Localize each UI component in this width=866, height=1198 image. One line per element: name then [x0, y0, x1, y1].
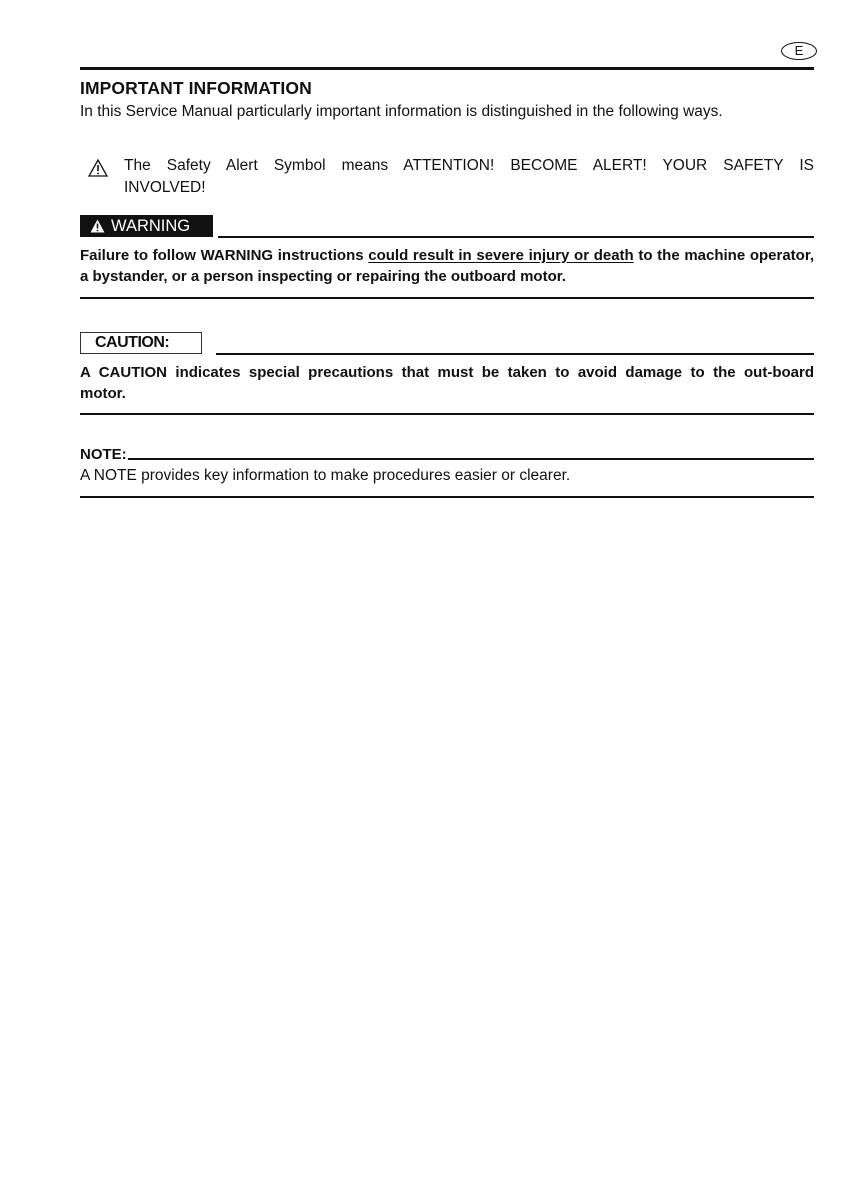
note-rule: [128, 458, 814, 460]
warning-label: WARNING: [80, 215, 213, 237]
warning-text-part: Failure to follow WARNING instructions: [80, 247, 368, 264]
warning-label-text: WARNING: [111, 215, 190, 237]
caution-label: CAUTION:: [80, 332, 202, 354]
caution-bottom-rule: [80, 413, 814, 415]
intro-paragraph: In this Service Manual particularly impo…: [80, 101, 814, 123]
note-label: NOTE:: [80, 446, 127, 463]
warning-text: Failure to follow WARNING instructions c…: [80, 245, 814, 287]
note-text: A NOTE provides key information to make …: [80, 465, 570, 486]
warning-triangle-icon: [88, 159, 108, 177]
caution-rule: [216, 353, 814, 355]
warning-rule: [218, 236, 814, 238]
warning-triangle-icon: [90, 219, 105, 233]
header-rule: [80, 67, 814, 70]
warning-bottom-rule: [80, 297, 814, 299]
page-title: IMPORTANT INFORMATION: [80, 78, 312, 99]
note-bottom-rule: [80, 496, 814, 498]
language-badge: E: [781, 42, 817, 60]
safety-alert-text: The Safety Alert Symbol means ATTENTION!…: [124, 155, 814, 199]
caution-text: A CAUTION indicates special precautions …: [80, 362, 814, 404]
warning-text-underlined: could result in severe injury or death: [368, 247, 633, 264]
